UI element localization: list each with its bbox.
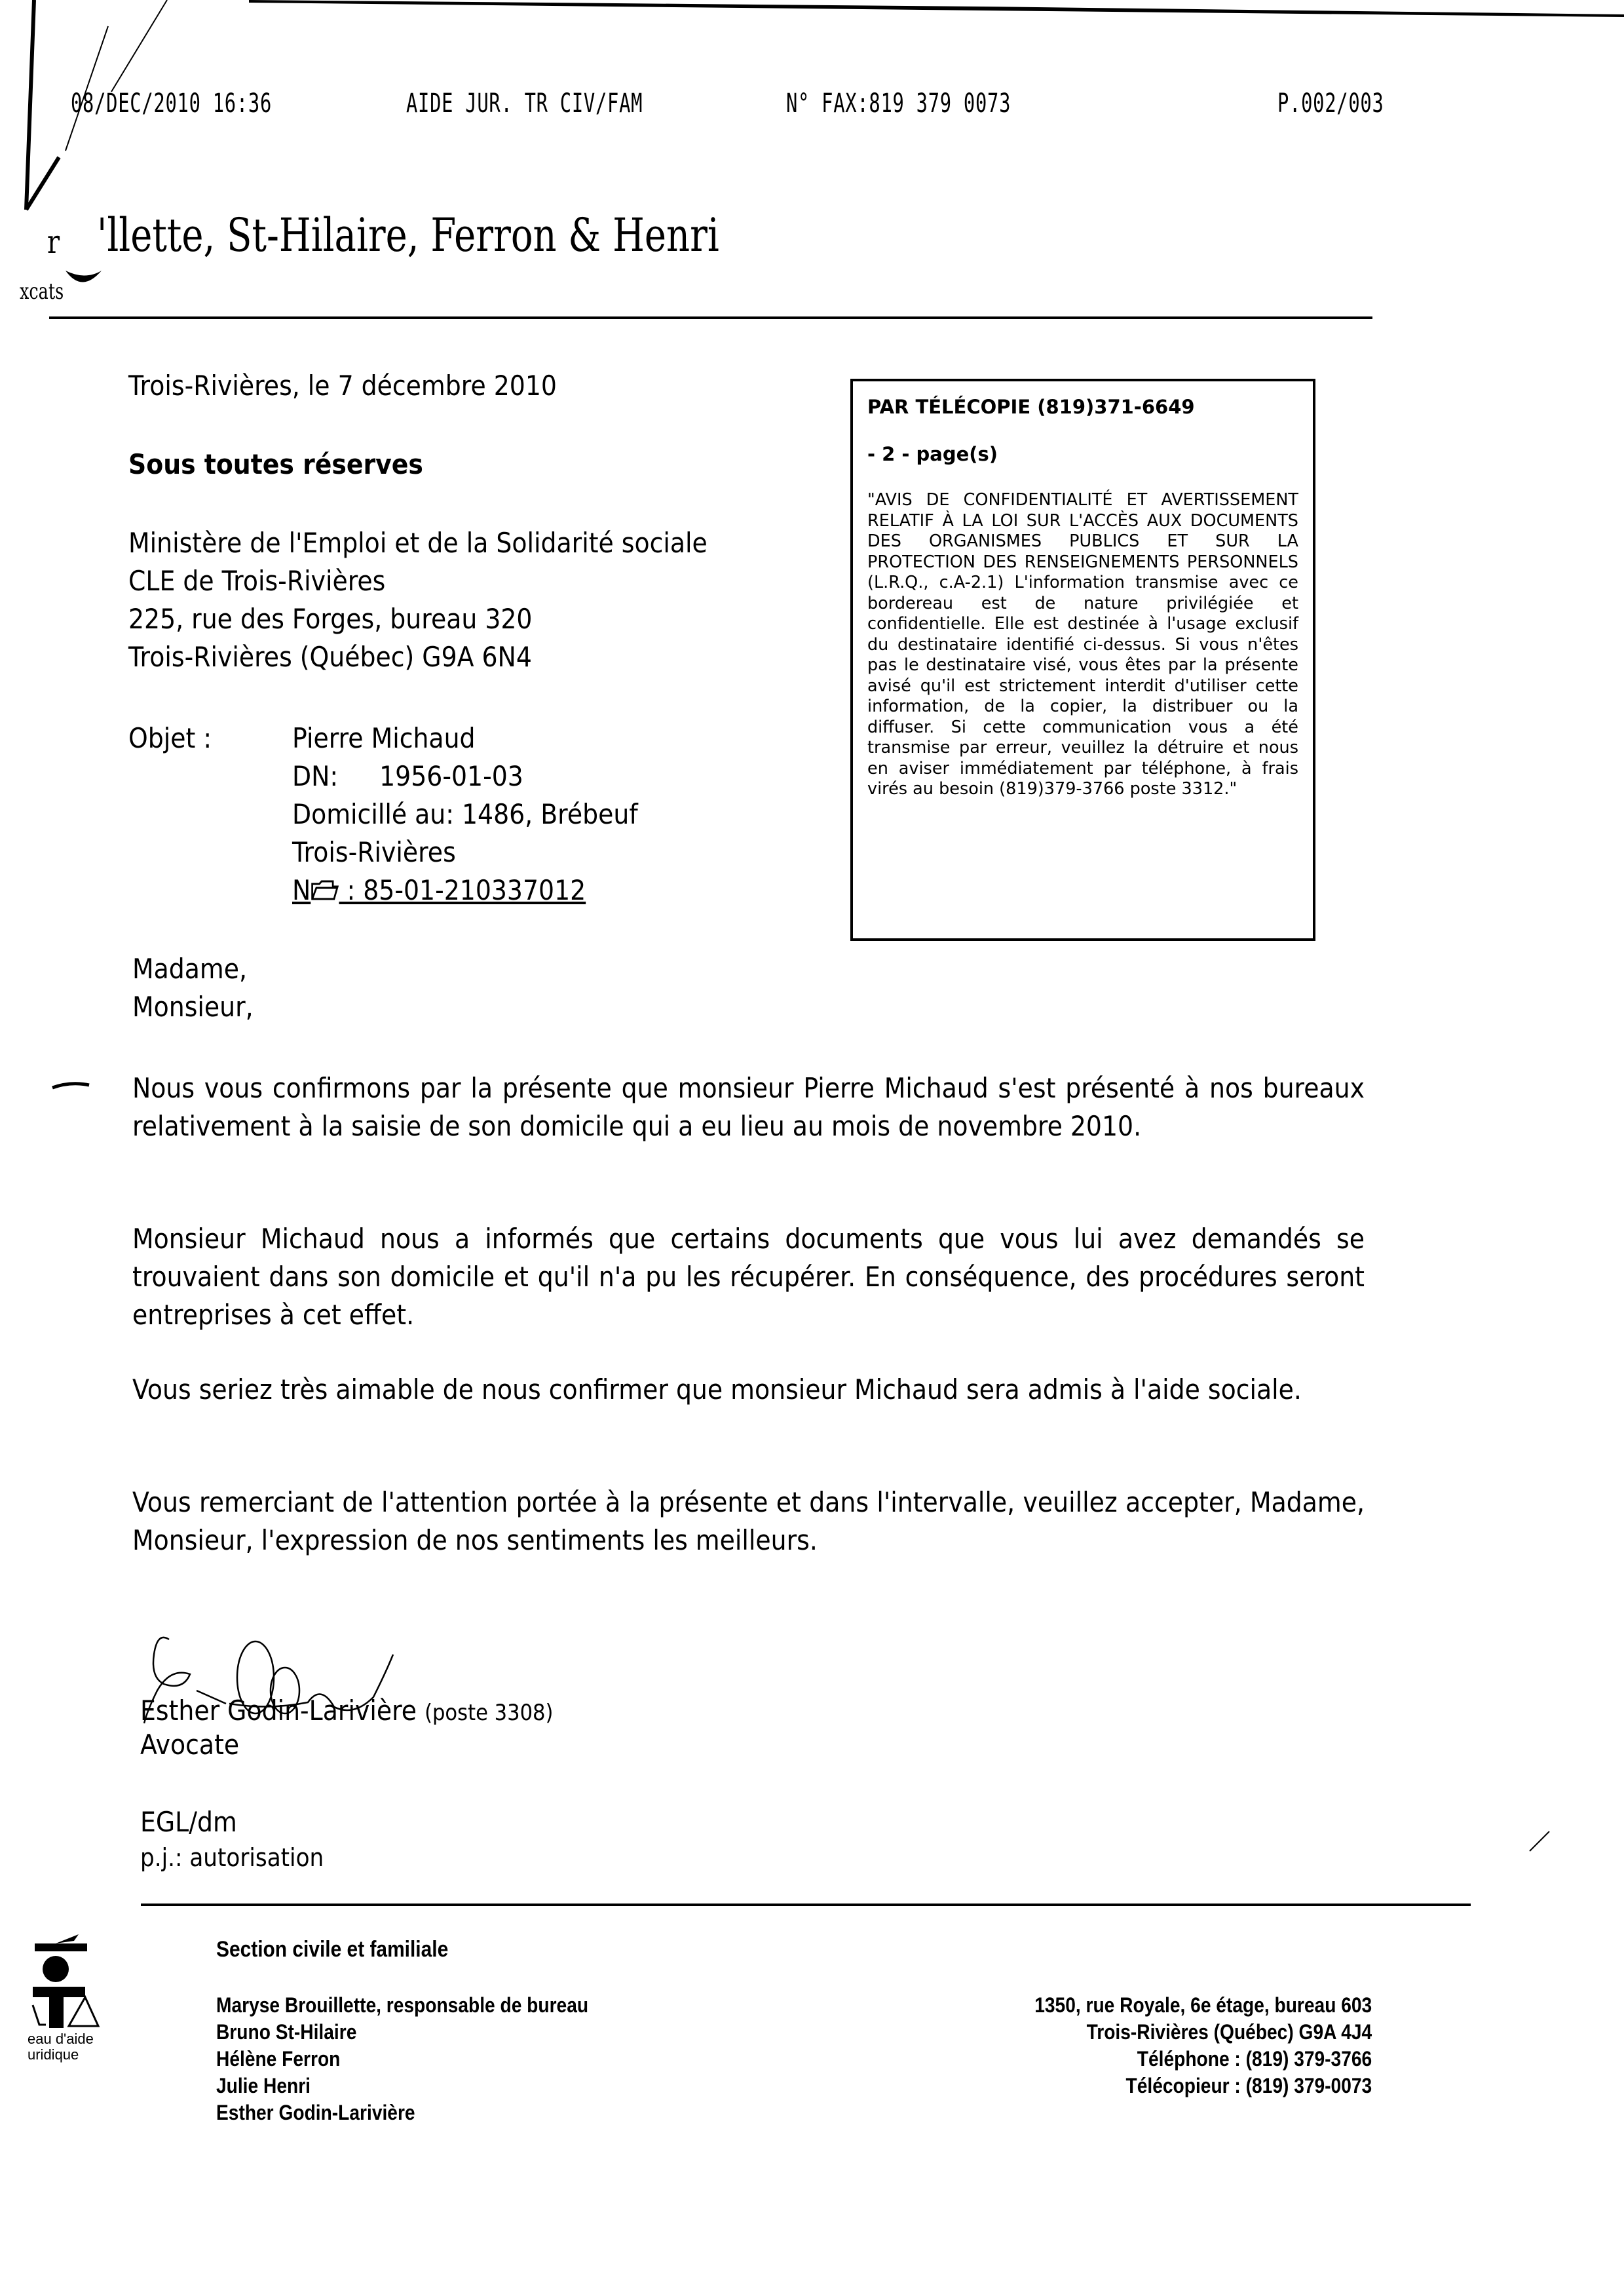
firm-subtitle-fragment: xcats xyxy=(20,278,64,305)
recipient-line: Ministère de l'Emploi et de la Solidarit… xyxy=(128,524,708,562)
attachment-note: p.j.: autorisation xyxy=(140,1839,324,1877)
fax-cover-box: PAR TÉLÉCOPIE (819)371-6649 - 2 - page(s… xyxy=(850,379,1315,941)
body-paragraph: Vous seriez très aimable de nous confirm… xyxy=(132,1371,1364,1409)
staff-member: Julie Henri xyxy=(216,2073,588,2099)
scan-mark xyxy=(1526,1828,1553,1854)
recipient-address: Ministère de l'Emploi et de la Solidarit… xyxy=(128,524,772,676)
dn-value: 1956-01-03 xyxy=(379,760,523,792)
body-paragraph: Nous vous confirmons par la présente que… xyxy=(132,1069,1364,1145)
salutation-line: Madame, xyxy=(132,950,254,988)
staff-member: Bruno St-Hilaire xyxy=(216,2019,588,2046)
signatory-name: Esther Godin-Larivière xyxy=(140,1694,417,1727)
body-paragraph: Monsieur Michaud nous a informés que cer… xyxy=(132,1220,1364,1334)
dn-label: DN: xyxy=(292,760,338,792)
fax-number: N° FAX:819 379 0073 xyxy=(786,88,1011,119)
firm-logo-mark xyxy=(62,267,108,294)
scan-edge-artifacts xyxy=(0,0,1624,328)
subject-city: Trois-Rivières xyxy=(292,833,638,871)
logo-caption-line: eau d'aide xyxy=(28,2031,94,2047)
fax-sender: AIDE JUR. TR CIV/FAM xyxy=(406,88,643,119)
footer-staff-list: Maryse Brouillette, responsable de burea… xyxy=(216,1992,588,2126)
footer-divider xyxy=(141,1904,1471,1906)
margin-mark xyxy=(51,1080,90,1093)
subject-dn: DN:1956-01-03 xyxy=(292,757,638,795)
subject-details: Pierre Michaud DN:1956-01-03 Domicillé a… xyxy=(292,719,676,909)
reserve-notice: Sous toutes réserves xyxy=(128,446,423,484)
staff-member: Hélène Ferron xyxy=(216,2046,588,2073)
folder-icon xyxy=(311,879,339,901)
staff-member: Maryse Brouillette, responsable de burea… xyxy=(216,1992,588,2019)
office-address-line: 1350, rue Royale, 6e étage, bureau 603 xyxy=(1034,1992,1372,2019)
signatory-extension: (poste 3308) xyxy=(425,1700,553,1726)
footer-section-title: Section civile et familiale xyxy=(216,1936,448,1963)
place-date: Trois-Rivières, le 7 décembre 2010 xyxy=(128,367,557,405)
subject-label: Objet : xyxy=(128,719,212,757)
file-label: N xyxy=(292,874,311,906)
footer-office-address: 1350, rue Royale, 6e étage, bureau 603 T… xyxy=(1034,1992,1372,2099)
fax-datetime: 08/DEC/2010 16:36 xyxy=(71,88,272,119)
confidentiality-notice: "AVIS DE CONFIDENTIALITÉ ET AVERTISSEMEN… xyxy=(867,490,1298,800)
subject-address: Domicillé au: 1486, Brébeuf xyxy=(292,795,638,833)
body-paragraph: Vous remerciant de l'attention portée à … xyxy=(132,1483,1364,1559)
subject-name: Pierre Michaud xyxy=(292,719,638,757)
reference-initials: EGL/dm xyxy=(140,1803,237,1841)
fax-box-title: PAR TÉLÉCOPIE (819)371-6649 xyxy=(867,396,1298,418)
recipient-line: Trois-Rivières (Québec) G9A 6N4 xyxy=(128,638,708,676)
office-address-line: Trois-Rivières (Québec) G9A 4J4 xyxy=(1034,2019,1372,2046)
letterhead-divider xyxy=(49,316,1372,319)
office-fax: Télécopieur : (819) 379-0073 xyxy=(1034,2073,1372,2099)
salutation-line: Monsieur, xyxy=(132,988,254,1026)
recipient-line: 225, rue des Forges, bureau 320 xyxy=(128,600,708,638)
fax-box-page-count: - 2 - page(s) xyxy=(867,443,1298,465)
salutation: Madame, Monsieur, xyxy=(132,950,267,1026)
subject-file-number: N : 85-01-210337012 xyxy=(292,871,638,909)
logo-caption: eau d'aide uridique xyxy=(28,2031,94,2063)
firm-name: 'llette, St-Hilaire, Ferron & Henri xyxy=(97,208,719,262)
legal-aid-logo xyxy=(29,1933,102,2031)
file-number: : 85-01-210337012 xyxy=(339,874,586,906)
recipient-line: CLE de Trois-Rivières xyxy=(128,562,708,600)
logo-caption-line: uridique xyxy=(28,2047,94,2063)
office-phone: Téléphone : (819) 379-3766 xyxy=(1034,2046,1372,2073)
staff-member: Esther Godin-Larivière xyxy=(216,2099,588,2126)
fax-page-counter: P.002/003 xyxy=(1277,88,1384,119)
firm-prefix-fragment: r xyxy=(47,223,60,261)
signatory-title: Avocate xyxy=(140,1726,239,1764)
